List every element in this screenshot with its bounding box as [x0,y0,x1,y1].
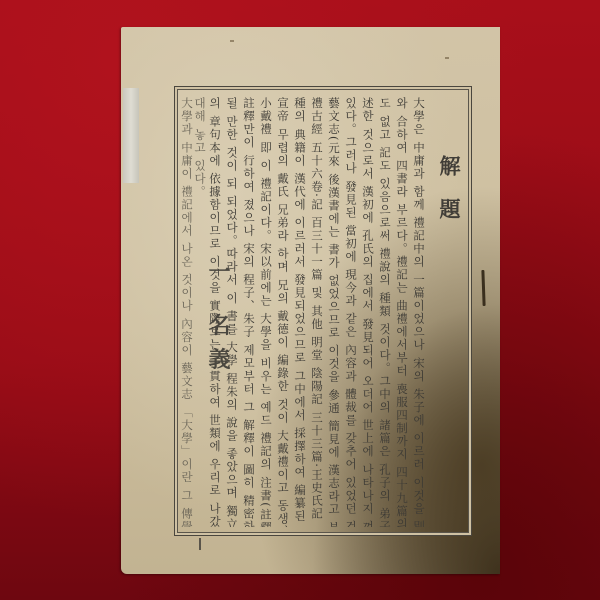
text-column: 小戴禮 即 이 禮記이다。宋以前에는 大學을 비우는 예드 禮記의 注書(註釋書… [259,97,273,527]
margin-mark [199,538,201,550]
section-text-column: 大學과 中庸이 禮記에서 나온 것이나 內容이 藝文志 「大學」이란 그 傳學으… [180,97,194,527]
text-column: 있다。그러나 發見된 當初에 現今과 같은 內容과 體裁를 갖추어 있었던 것은… [344,97,358,527]
text-column: 註釋만이 行하여 졌으나 宋의 程子、朱子 제모부터 그 解釋이 圖히 精密하여… [242,97,256,527]
text-column: 도 없고 記도 있음으로써 禮說의 種類 것이다。그中의 諸篇은 孔子의 弟子와… [378,97,392,527]
paper-stain [445,57,449,59]
text-column: 述한 것으로서 漢初에 孔氏의 집에서 發見되어 오더어 世上에 나타나지 껴 [361,97,375,527]
text-column: 宣帝 무렵의 戴氏 兄弟라 하며 兄의 戴德이 編錄한 것이 大戴禮이고 동생인… [276,97,290,527]
text-column: 와 合하여 四書라 부르다。禮記는 曲禮에서부터 喪服四制까지 四十九篇의 書中… [395,97,409,527]
section-title: 一 名義 [203,260,234,382]
page-title: 解題 [434,155,464,241]
text-column: 種의 典籍이 漢代에 이르러서 發見되었으므로 그中에서 採擇하여 編纂된 것이… [293,97,307,527]
text-column: 大學은 中庸과 함께 禮記中의 一篇이었으나 宋의 朱子에 이르러 이것을 別行… [412,97,426,527]
text-column: 禮古經 五十六卷·記 百三十一篇 및 其他 明堂 陰陽記 三十三篇·王史氏記 二… [310,97,324,527]
text-column: 藝文志(元來 後漢書에는 書가 없었으므로 이것을 參通 簡見에 漢志라고 부른… [327,97,341,527]
repair-tape [123,88,139,183]
paper-stain [230,40,234,42]
